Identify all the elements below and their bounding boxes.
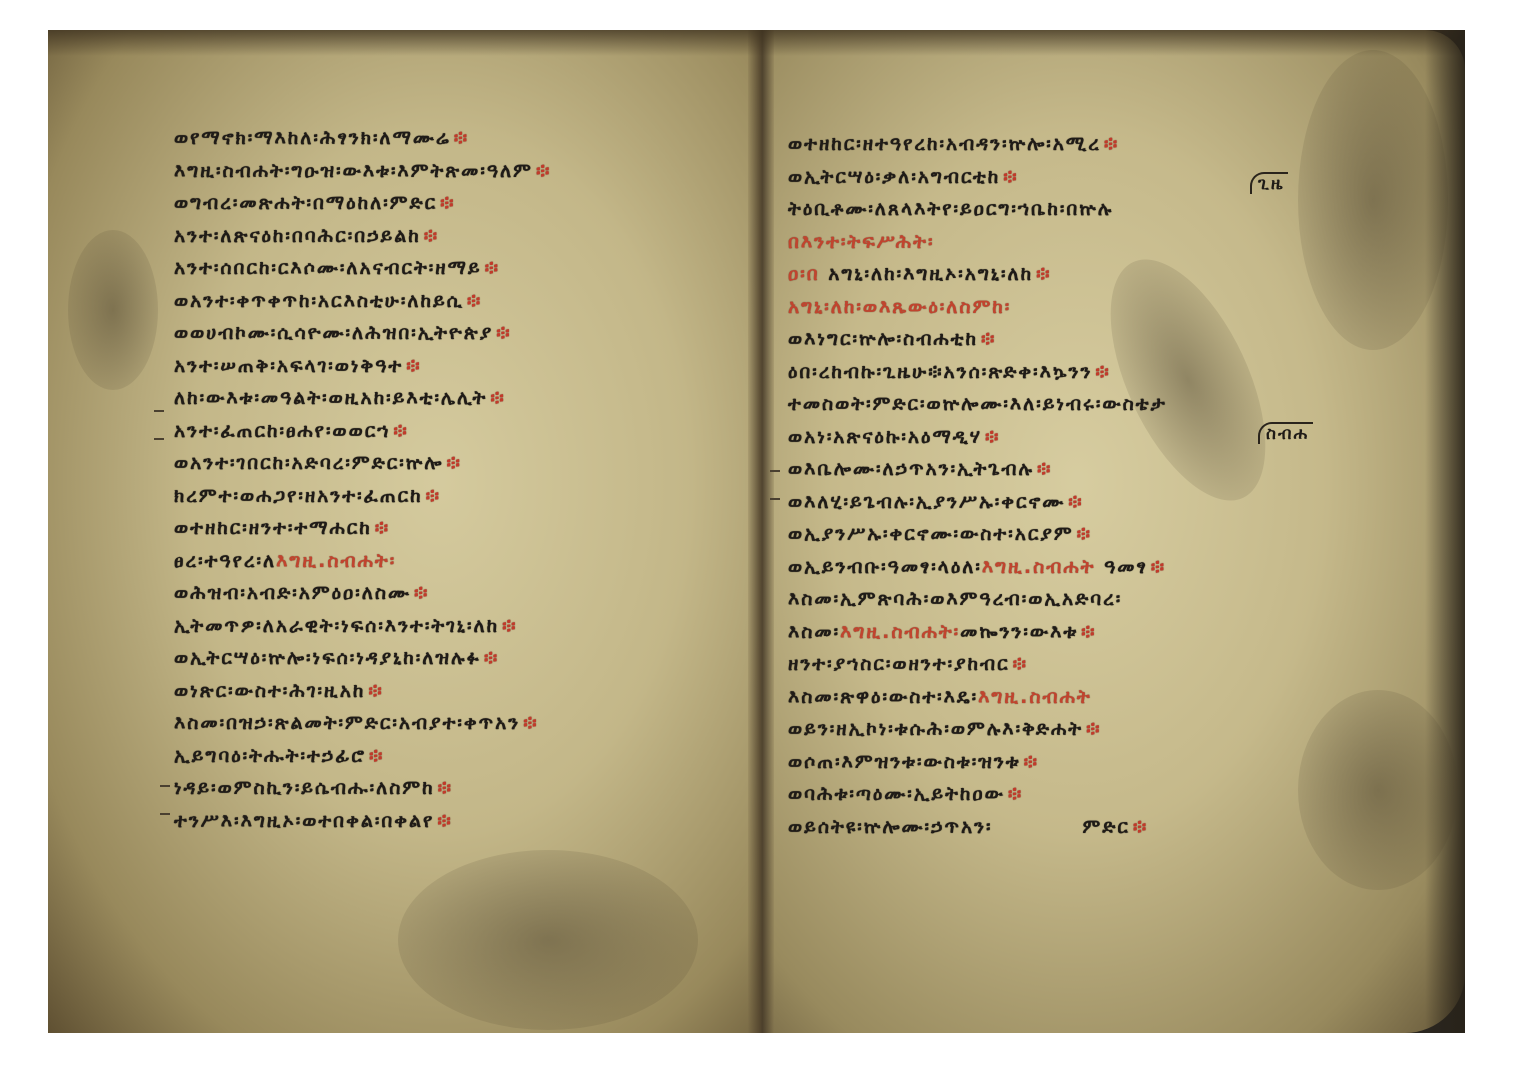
stain bbox=[68, 230, 158, 390]
text-line: ነዳይ፡ወምስኪን፡ይሴብሑ፡ለስምከ፨ bbox=[174, 772, 551, 805]
red-punctuation-mark: ፨ bbox=[375, 517, 390, 539]
line-text: ኢይግባዕ፡ትሑት፡ተኃፊሮ bbox=[174, 745, 366, 767]
red-punctuation-mark: ፨ bbox=[484, 647, 499, 669]
red-punctuation-mark: ፨ bbox=[496, 322, 511, 344]
red-punctuation-mark: ፨ bbox=[523, 712, 538, 734]
red-punctuation-mark: ፨ bbox=[447, 452, 462, 474]
text-line: ዘንተ፡ያኀስር፡ወዘንተ፡ያከብር፨ bbox=[788, 648, 1167, 681]
text-line: ወነጽር፡ውስተ፡ሕገ፡ዚአከ፨ bbox=[174, 675, 551, 708]
red-punctuation-mark: ፨ bbox=[1036, 263, 1051, 285]
line-text: አንተ፡ሰበርከ፡ርእሶሙ፡ለአናብርት፡ዘማይ bbox=[174, 257, 482, 279]
red-punctuation-mark: ፨ bbox=[485, 257, 500, 279]
red-punctuation-mark: ፨ bbox=[368, 680, 383, 702]
rubricated-text: እግዚ.ስብሐት፡ bbox=[276, 550, 396, 572]
red-punctuation-mark: ፨ bbox=[1068, 491, 1083, 513]
red-punctuation-mark: ፨ bbox=[1095, 361, 1110, 383]
text-line: ወኢያንሥኡ፡ቀርኖሙ፡ውስተ፡አርያም፨ bbox=[788, 518, 1167, 551]
text-line: ወእቤሎሙ፡ለኃጥአን፡ኢትጌብሉ፨ bbox=[788, 453, 1167, 486]
line-text: እስመ፡ጽዋዕ፡ውስተ፡እዴ፡ bbox=[788, 686, 978, 708]
red-punctuation-mark: ፨ bbox=[1133, 816, 1148, 838]
text-line: ወአንተ፡ገበርከ፡አድባረ፡ምድር፡ኵሎ፨ bbox=[174, 447, 551, 480]
text-line: አግኒ፡ለከ፡ወእጼውዕ፡ለስምከ፡ bbox=[788, 291, 1167, 324]
text-line: ወሕዝብ፡አብድ፡አምዕዐ፡ለስሙ፨ bbox=[174, 577, 551, 610]
red-punctuation-mark: ፨ bbox=[454, 127, 469, 149]
text-line: ወሶጠ፡እምዝንቱ፡ውስቱ፡ዝንቱ፨ bbox=[788, 746, 1167, 779]
text-line: እስመ፡እግዚ.ስብሐት፡መኰንን፡ውእቱ፨ bbox=[788, 616, 1167, 649]
red-punctuation-mark: ፨ bbox=[1013, 653, 1028, 675]
red-punctuation-mark: ፨ bbox=[1086, 718, 1101, 740]
line-text: ክረምተ፡ወሐጋየ፡ዘአንተ፡ፈጠርከ bbox=[174, 485, 423, 507]
text-line: እስመ፡በዝኃ፡ጽልመት፡ምድር፡አብያተ፡ቀጥአን፨ bbox=[174, 707, 551, 740]
line-text: ወአንተ፡ቀጥቀጥከ፡አርእስቲሁ፡ለከይሲ bbox=[174, 290, 464, 312]
red-punctuation-mark: ፨ bbox=[1081, 621, 1096, 643]
text-line: ወተዘከር፡ዘንተ፡ተማሐርከ፨ bbox=[174, 512, 551, 545]
line-text: ተመስወት፡ምድር፡ወኵሎሙ፡እለ፡ይነብሩ፡ውስቴታ bbox=[788, 393, 1167, 415]
text-line: ወኢይንብቡ፡ዓመፃ፡ላዕለ፡እግዚ.ስብሐት ዓመፃ፨ bbox=[788, 551, 1167, 584]
line-text: ኢትመጥዎ፡ለአራዊት፡ነፍሰ፡እንተ፡ትገኒ፡ለከ bbox=[174, 615, 499, 637]
text-line: ለከ፡ውእቱ፡መዓልት፡ወዚአከ፡ይእቲ፡ሌሊት፨ bbox=[174, 382, 551, 415]
line-text: ወተዘከር፡ዘንተ፡ተማሐርከ bbox=[174, 517, 372, 539]
text-line: ወእነግር፡ኵሎ፡ስብሐቲከ፨ bbox=[788, 323, 1167, 356]
line-text: ወሕዝብ፡አብድ፡አምዕዐ፡ለስሙ bbox=[174, 582, 411, 604]
red-punctuation-mark: ፨ bbox=[1008, 783, 1023, 805]
text-line: ኢይግባዕ፡ትሑት፡ተኃፊሮ፨ bbox=[174, 740, 551, 773]
line-text: አግኒ፡ለከ፡እግዚኦ፡አግኒ፡ለከ bbox=[828, 263, 1033, 285]
margin-note: ስብሐ bbox=[1258, 422, 1313, 444]
line-text: አንተ፡ፈጠርከ፡ፀሐየ፡ወወርኀ bbox=[174, 420, 390, 442]
line-text: ወአነ፡አጽናዕኩ፡አዕማዲሃ bbox=[788, 426, 982, 448]
red-punctuation-mark: ፨ bbox=[981, 328, 996, 350]
line-text: መኰንን፡ውእቱ bbox=[960, 621, 1078, 643]
red-punctuation-mark: ፨ bbox=[440, 192, 455, 214]
line-text: ወወሀብኮሙ፡ሲሳዮሙ፡ለሕዝበ፡ኢትዮጵያ bbox=[174, 322, 493, 344]
text-line: እስመ፡ኢምጽባሕ፡ወእምዓረብ፡ወኢአድባረ፡ bbox=[788, 583, 1167, 616]
red-punctuation-mark: ፨ bbox=[1151, 556, 1166, 578]
text-line: ወአንተ፡ቀጥቀጥከ፡አርእስቲሁ፡ለከይሲ፨ bbox=[174, 285, 551, 318]
top-edge-shadow bbox=[48, 30, 1465, 56]
red-punctuation-mark: ፨ bbox=[1037, 458, 1052, 480]
rubricated-text: እግዚ.ስብሐት bbox=[982, 556, 1096, 578]
text-line: ወይሰትዩ፡ኵሎሙ፡ኃጥአን፡ምድር፨ bbox=[788, 811, 1167, 844]
line-text: ወግብረ፡መጽሐት፡በማዕከለ፡ምድር bbox=[174, 192, 437, 214]
text-line: ወይን፡ዘኢኮነ፡ቱሱሕ፡ወምሉእ፡ቅድሐት፨ bbox=[788, 713, 1167, 746]
text-line: ትዕቢቶሙ፡ለጸላእትየ፡ይዐርግ፡ኀቤከ፡በኵሉ bbox=[788, 193, 1167, 226]
red-punctuation-mark: ፨ bbox=[1024, 751, 1039, 773]
red-punctuation-mark: ፨ bbox=[393, 420, 408, 442]
left-page-text: ወየማኖክ፡ማእከለ፡ሕፃንክ፡ለማሙሬ፨ እግዚ፡ስብሐት፡ግዑዝ፡ውእቱ፡እ… bbox=[174, 122, 551, 837]
text-line: ወአነ፡አጽናዕኩ፡አዕማዲሃ፨ bbox=[788, 421, 1167, 454]
text-line: ወግብረ፡መጽሐት፡በማዕከለ፡ምድር፨ bbox=[174, 187, 551, 220]
text-line: ወወሀብኮሙ፡ሲሳዮሙ፡ለሕዝበ፡ኢትዮጵያ፨ bbox=[174, 317, 551, 350]
right-page-text: ወተዘከር፡ዘተዓየረከ፡አብዳን፡ኵሎ፡አሚረ፨ ወኢትርሣዕ፡ቃለ፡አግብር… bbox=[788, 128, 1167, 843]
line-text: ወይሰትዩ፡ኵሎሙ፡ኃጥአን፡ bbox=[788, 816, 993, 838]
line-text: እስመ፡ኢምጽባሕ፡ወእምዓረብ፡ወኢአድባረ፡ bbox=[788, 588, 1122, 610]
text-line: ወተዘከር፡ዘተዓየረከ፡አብዳን፡ኵሎ፡አሚረ፨ bbox=[788, 128, 1167, 161]
text-line: ኢትመጥዎ፡ለአራዊት፡ነፍሰ፡እንተ፡ትገኒ፡ለከ፨ bbox=[174, 610, 551, 643]
line-text: ወነጽር፡ውስተ፡ሕገ፡ዚአከ bbox=[174, 680, 365, 702]
stain bbox=[1298, 690, 1458, 890]
text-line: እግዚ፡ስብሐት፡ግዑዝ፡ውእቱ፡እምትጽመ፡ዓለም፨ bbox=[174, 155, 551, 188]
manuscript-photograph: ወየማኖክ፡ማእከለ፡ሕፃንክ፡ለማሙሬ፨ እግዚ፡ስብሐት፡ግዑዝ፡ውእቱ፡እ… bbox=[48, 30, 1465, 1033]
line-text: ምድር bbox=[1083, 816, 1130, 838]
red-punctuation-mark: ፨ bbox=[437, 810, 452, 832]
text-line: ዐ፡በ አግኒ፡ለከ፡እግዚኦ፡አግኒ፡ለከ፨ bbox=[788, 258, 1167, 291]
rubricated-text: ዐ፡በ bbox=[788, 263, 820, 285]
text-line: ተንሥእ፡እግዚኦ፡ወተበቀል፡በቀልየ፨ bbox=[174, 805, 551, 838]
red-punctuation-mark: ፨ bbox=[369, 745, 384, 767]
line-text: ወኢትርሣዕ፡ቃለ፡አግብርቲከ bbox=[788, 166, 1000, 188]
line-text: ወባሕቱ፡ጣዕሙ፡ኢይትከዐው bbox=[788, 783, 1005, 805]
line-text: ተንሥእ፡እግዚኦ፡ወተበቀል፡በቀልየ bbox=[174, 810, 434, 832]
text-line: ፀረ፡ተዓየረ፡ለእግዚ.ስብሐት፡ bbox=[174, 545, 551, 578]
line-text: ዕበ፡ረከብኩ፡ጊዜሁ bbox=[788, 361, 928, 383]
red-punctuation-mark: ፨ bbox=[426, 485, 441, 507]
red-punctuation-mark: ፨ bbox=[406, 355, 421, 377]
line-text: አንተ፡ለጽናዕከ፡በባሕር፡በኃይልከ bbox=[174, 225, 421, 247]
line-text: ወይን፡ዘኢኮነ፡ቱሱሕ፡ወምሉእ፡ቅድሐት bbox=[788, 718, 1083, 740]
rubricated-text: በእንተ፡ትፍሥሕት፡ bbox=[788, 231, 934, 253]
red-punctuation-mark: ፨ bbox=[985, 426, 1000, 448]
margin-note: ጊዜ bbox=[1250, 172, 1288, 194]
rubricated-text: እግዚ.ስብሐት bbox=[978, 686, 1092, 708]
red-punctuation-mark: ፨ bbox=[414, 582, 429, 604]
stain bbox=[1298, 50, 1448, 350]
line-text: ነዳይ፡ወምስኪን፡ይሴብሑ፡ለስምከ bbox=[174, 777, 435, 799]
line-text: ወኢይንብቡ፡ዓመፃ፡ላዕለ፡ bbox=[788, 556, 982, 578]
line-text: ወአንተ፡ገበርከ፡አድባረ፡ምድር፡ኵሎ bbox=[174, 452, 444, 474]
text-line: አንተ፡ለጽናዕከ፡በባሕር፡በኃይልከ፨ bbox=[174, 220, 551, 253]
text-line: አንተ፡ሠጠቅ፡አፍላገ፡ወነቅዓተ፨ bbox=[174, 350, 551, 383]
text-line: ክረምተ፡ወሐጋየ፡ዘአንተ፡ፈጠርከ፨ bbox=[174, 480, 551, 513]
line-text: እስመ፡ bbox=[788, 621, 840, 643]
text-line: አንተ፡ሰበርከ፡ርእሶሙ፡ለአናብርት፡ዘማይ፨ bbox=[174, 252, 551, 285]
red-punctuation-mark: ፨ bbox=[424, 225, 439, 247]
line-text: ወኢትርሣዕ፡ኵሎ፡ነፍሰ፡ነዳያኒከ፡ለዝሉፉ bbox=[174, 647, 481, 669]
line-text: ወእለሂ፡ይጌብሉ፡ኢያንሥኡ፡ቀርኖሙ bbox=[788, 491, 1065, 513]
red-punctuation-mark: ፨ bbox=[536, 160, 551, 182]
line-text: ለከ፡ውእቱ፡መዓልት፡ወዚአከ፡ይእቲ፡ሌሊት bbox=[174, 387, 487, 409]
text-line: ዕበ፡ረከብኩ፡ጊዜሁ፨አንሰ፡ጽድቀ፡እኴንን፨ bbox=[788, 356, 1167, 389]
line-text: ወኢያንሥኡ፡ቀርኖሙ፡ውስተ፡አርያም bbox=[788, 523, 1074, 545]
text-line: ወኢትርሣዕ፡ቃለ፡አግብርቲከ፨ bbox=[788, 161, 1167, 194]
margin-note-text: ስብሐ bbox=[1266, 424, 1309, 444]
margin-note-text: ጊዜ bbox=[1258, 174, 1284, 194]
text-line: ተመስወት፡ምድር፡ወኵሎሙ፡እለ፡ይነብሩ፡ውስቴታ bbox=[788, 388, 1167, 421]
line-text: ወእነግር፡ኵሎ፡ስብሐቲከ bbox=[788, 328, 978, 350]
line-text: ወተዘከር፡ዘተዓየረከ፡አብዳን፡ኵሎ፡አሚረ bbox=[788, 133, 1101, 155]
line-text: ወሶጠ፡እምዝንቱ፡ውስቱ፡ዝንቱ bbox=[788, 751, 1021, 773]
line-text: ወየማኖክ፡ማእከለ፡ሕፃንክ፡ለማሙሬ bbox=[174, 127, 451, 149]
red-punctuation-mark: ፨ bbox=[438, 777, 453, 799]
text-line: ወኢትርሣዕ፡ኵሎ፡ነፍሰ፡ነዳያኒከ፡ለዝሉፉ፨ bbox=[174, 642, 551, 675]
text-line: ወየማኖክ፡ማእከለ፡ሕፃንክ፡ለማሙሬ፨ bbox=[174, 122, 551, 155]
red-punctuation-mark: ፨ bbox=[1104, 133, 1119, 155]
text-line: ወእለሂ፡ይጌብሉ፡ኢያንሥኡ፡ቀርኖሙ፨ bbox=[788, 486, 1167, 519]
line-text: እስመ፡በዝኃ፡ጽልመት፡ምድር፡አብያተ፡ቀጥአን bbox=[174, 712, 520, 734]
text-line: እስመ፡ጽዋዕ፡ውስተ፡እዴ፡እግዚ.ስብሐት bbox=[788, 681, 1167, 714]
line-text: ዓመፃ bbox=[1104, 556, 1148, 578]
red-punctuation-mark: ፨ bbox=[1077, 523, 1092, 545]
red-punctuation-mark: ፨ bbox=[467, 290, 482, 312]
red-punctuation-mark: ፨ bbox=[1003, 166, 1018, 188]
margin-section-mark bbox=[154, 410, 164, 440]
text-line: አንተ፡ፈጠርከ፡ፀሐየ፡ወወርኀ፨ bbox=[174, 415, 551, 448]
text-line: በእንተ፡ትፍሥሕት፡ bbox=[788, 226, 1167, 259]
line-text: አንተ፡ሠጠቅ፡አፍላገ፡ወነቅዓተ bbox=[174, 355, 403, 377]
line-text: ፀረ፡ተዓየረ፡ለ bbox=[174, 550, 276, 572]
line-text: ፨አንሰ፡ጽድቀ፡እኴንን bbox=[928, 361, 1092, 383]
line-text: ዘንተ፡ያኀስር፡ወዘንተ፡ያከብር bbox=[788, 653, 1010, 675]
line-text: እግዚ፡ስብሐት፡ግዑዝ፡ውእቱ፡እምትጽመ፡ዓለም bbox=[174, 160, 533, 182]
rubricated-text: እግዚ.ስብሐት፡ bbox=[840, 621, 960, 643]
stain bbox=[398, 850, 698, 1030]
line-text: ወእቤሎሙ፡ለኃጥአን፡ኢትጌብሉ bbox=[788, 458, 1034, 480]
red-punctuation-mark: ፨ bbox=[502, 615, 517, 637]
margin-section-mark bbox=[770, 470, 780, 500]
book-gutter bbox=[748, 30, 774, 1033]
margin-section-mark bbox=[160, 785, 170, 815]
text-line: ወባሕቱ፡ጣዕሙ፡ኢይትከዐው፨ bbox=[788, 778, 1167, 811]
red-punctuation-mark: ፨ bbox=[490, 387, 505, 409]
line-text: ትዕቢቶሙ፡ለጸላእትየ፡ይዐርግ፡ኀቤከ፡በኵሉ bbox=[788, 198, 1113, 220]
rubricated-text: አግኒ፡ለከ፡ወእጼውዕ፡ለስምከ፡ bbox=[788, 296, 1011, 318]
